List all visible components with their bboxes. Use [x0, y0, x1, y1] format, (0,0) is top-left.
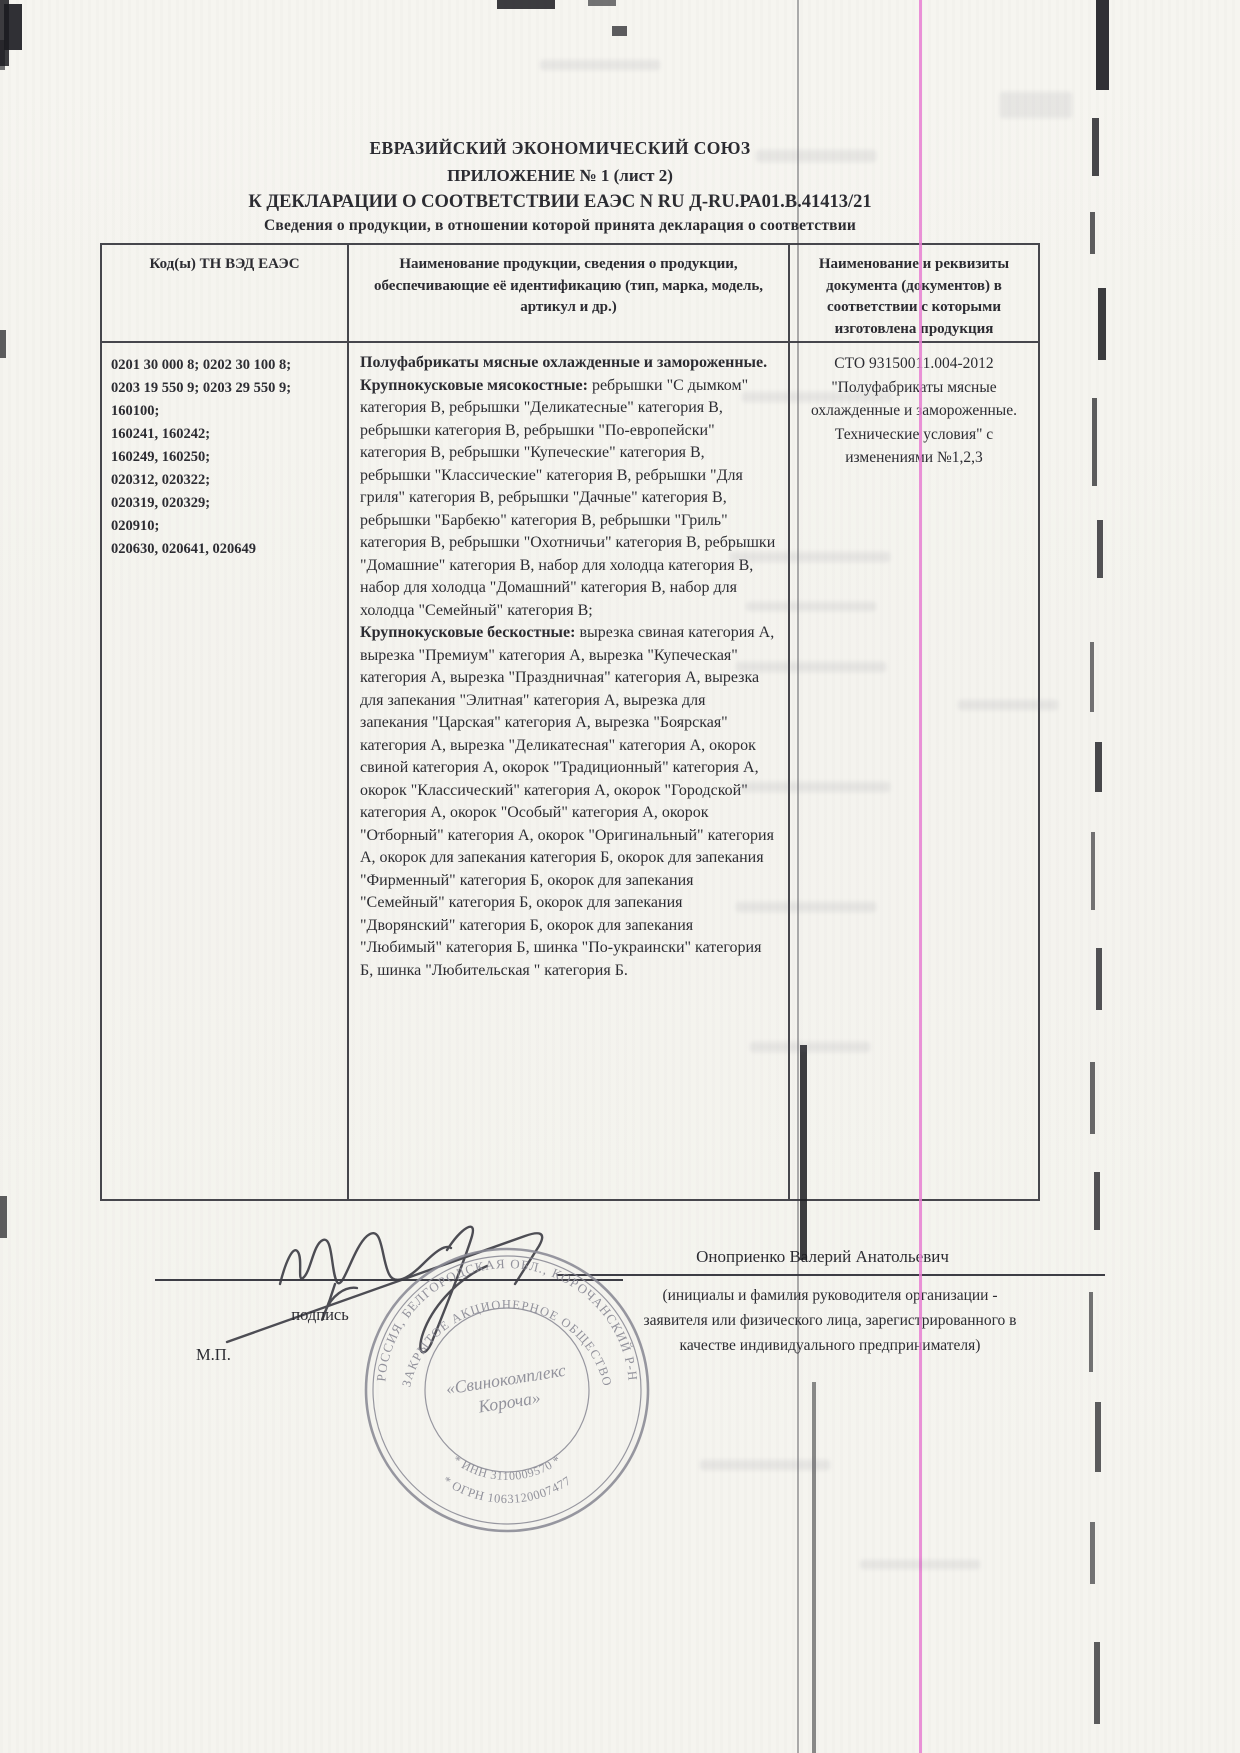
scan-streak: [1091, 832, 1095, 910]
scan-streak: [0, 330, 6, 358]
scan-streak: [1092, 398, 1097, 486]
scan-bleed-mark: [756, 150, 876, 162]
scan-streak: [1089, 1292, 1093, 1372]
scan-bleed-mark: [540, 60, 660, 70]
scan-streak: [0, 1196, 7, 1238]
product-cell: Полуфабрикаты мясные охлажденные и замор…: [347, 343, 790, 1199]
list-line: 160249, 160250;: [111, 446, 343, 469]
list-line: 020910;: [111, 515, 343, 538]
scan-streak: [800, 1045, 807, 1260]
list-line: 0203 19 550 9; 0203 29 550 9;: [111, 377, 343, 400]
list-line: 160100;: [111, 400, 343, 423]
list-line: 020312, 020322;: [111, 469, 343, 492]
scan-bleed-mark: [730, 552, 890, 562]
scan-streak: [812, 1382, 816, 1753]
scan-streak: [612, 26, 627, 36]
scan-streak: [1098, 288, 1106, 360]
scan-streak: [1096, 948, 1102, 1010]
group2-label: Крупнокусковые бескостные:: [360, 624, 575, 641]
scan-bleed-mark: [736, 902, 876, 912]
header-document-col: Наименование и реквизиты документа (доку…: [790, 245, 1038, 341]
list-line: 160241, 160242;: [111, 423, 343, 446]
scan-streak: [1090, 642, 1094, 712]
scan-streak: [1090, 1522, 1095, 1584]
scan-bleed-mark: [860, 1560, 980, 1569]
scan-bleed-mark: [742, 392, 892, 402]
scan-bleed-mark: [736, 662, 886, 672]
scan-bleed-mark: [750, 1042, 870, 1052]
scan-fold-line: [797, 0, 799, 1753]
group1-label: Крупнокусковые мясокостные:: [360, 377, 588, 394]
scan-bleed-mark: [700, 1460, 830, 1470]
scan-streak: [588, 0, 616, 6]
scan-streak: [1090, 1062, 1095, 1134]
scan-streak: [1095, 1402, 1101, 1472]
scan-streak: [1096, 0, 1109, 90]
list-line: 020319, 020329;: [111, 492, 343, 515]
union-title: ЕВРАЗИЙСКИЙ ЭКОНОМИЧЕСКИЙ СОЮЗ: [60, 138, 1060, 159]
table-header-row: Код(ы) ТН ВЭД ЕАЭС Наименование продукци…: [102, 245, 1038, 343]
mp-label: М.П.: [196, 1345, 231, 1365]
scan-streak: [1092, 118, 1099, 176]
scan-bleed-mark: [1000, 92, 1072, 118]
group1-text: ребрышки "С дымком" категория В, ребрышк…: [360, 377, 775, 619]
scanned-declaration-page: ЕВРАЗИЙСКИЙ ЭКОНОМИЧЕСКИЙ СОЮЗ ПРИЛОЖЕНИ…: [0, 0, 1240, 1753]
codes-cell: 0201 30 000 8; 0202 30 100 8;0203 19 550…: [102, 343, 347, 1199]
scan-bleed-mark: [746, 602, 876, 611]
scan-streak: [1094, 1172, 1100, 1230]
document-header: ЕВРАЗИЙСКИЙ ЭКОНОМИЧЕСКИЙ СОЮЗ ПРИЛОЖЕНИ…: [60, 138, 1060, 235]
scan-bleed-mark: [740, 782, 890, 792]
appendix-title: ПРИЛОЖЕНИЕ № 1 (лист 2): [60, 166, 1060, 186]
group2-text: вырезка свиная категория А, вырезка "Пре…: [360, 624, 774, 979]
scan-streak: [1097, 520, 1103, 578]
scan-streak: [1090, 212, 1095, 254]
scan-streak: [1095, 742, 1102, 792]
products-table: Код(ы) ТН ВЭД ЕАЭС Наименование продукци…: [100, 243, 1040, 1201]
scan-bleed-mark: [958, 700, 1058, 710]
list-line: 0201 30 000 8; 0202 30 100 8;: [111, 354, 343, 377]
scan-streak: [1094, 1642, 1100, 1724]
products-subtitle: Сведения о продукции, в отношении которо…: [60, 217, 1060, 235]
scan-pink-line: [919, 0, 922, 1753]
scan-streak: [497, 0, 555, 9]
declaration-number-line: К ДЕКЛАРАЦИИ О СООТВЕТСТВИИ ЕАЭС N RU Д-…: [60, 192, 1060, 213]
header-codes-col: Код(ы) ТН ВЭД ЕАЭС: [102, 245, 347, 341]
table-row: 0201 30 000 8; 0202 30 100 8;0203 19 550…: [102, 343, 1038, 1199]
header-product-col: Наименование продукции, сведения о проду…: [347, 245, 790, 341]
stamp-inn-text: * ИНН 3110009570 *: [450, 1452, 563, 1483]
list-line: 020630, 020641, 020649: [111, 538, 343, 561]
document-cell: СТО 93150011.004-2012 "Полуфабрикаты мяс…: [790, 343, 1038, 1199]
product-intro: Полуфабрикаты мясные охлажденные и замор…: [360, 354, 767, 371]
company-stamp: РОССИЯ, БЕЛГОРОДСКАЯ ОБЛ., КОРОЧАНСКИЙ Р…: [357, 1237, 657, 1543]
scan-streak: [0, 40, 5, 70]
